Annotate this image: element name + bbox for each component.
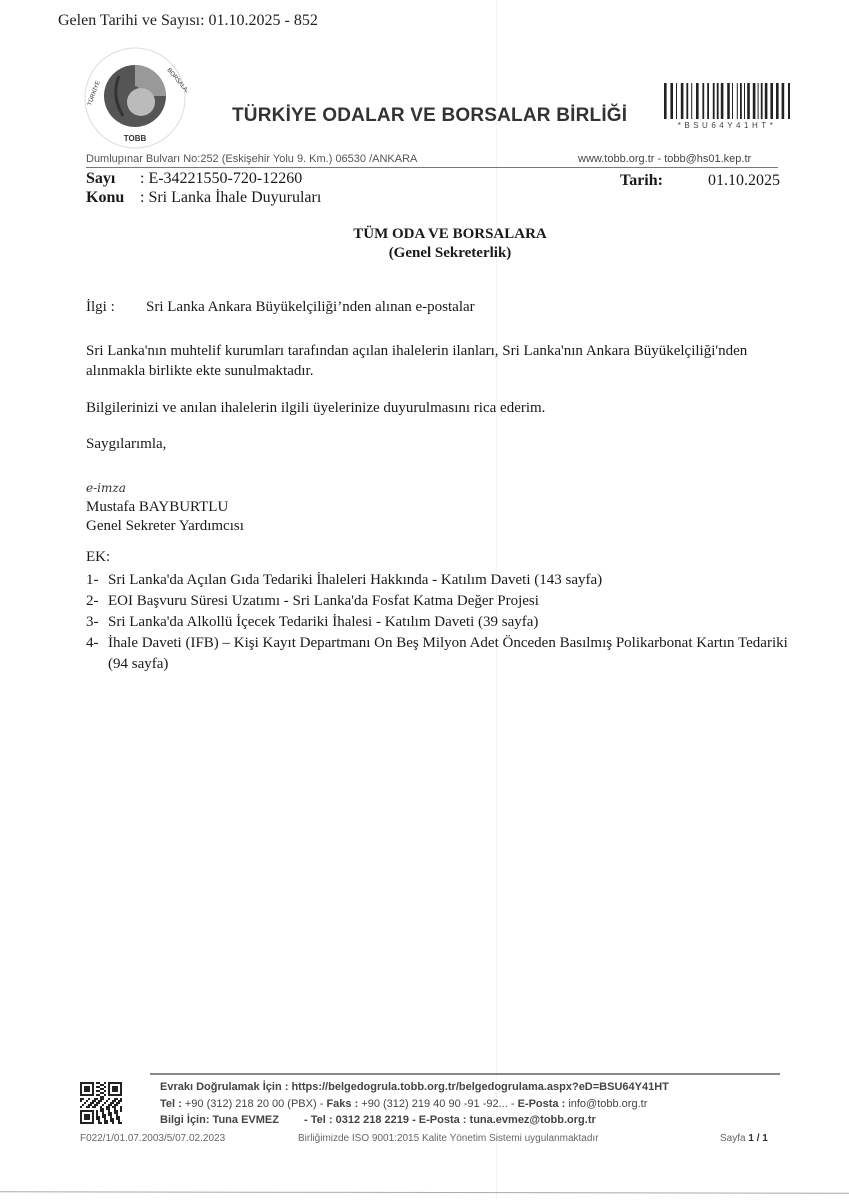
iso-note: Birliğimizde ISO 9001:2015 Kalite Yöneti… <box>298 1133 599 1144</box>
attachment-text: Sri Lanka'da Alkollü İçecek Tedariki İha… <box>108 612 806 633</box>
barcode-icon <box>664 83 790 119</box>
attachment-item: 2- EOI Başvuru Süresi Uzatımı - Sri Lank… <box>86 591 806 612</box>
konu-row: Konu : Sri Lanka İhale Duyuruları <box>86 189 321 207</box>
bilgi-eposta[interactable]: - E-Posta : tuna.evmez@tobb.org.tr <box>412 1114 596 1126</box>
attachment-text: Sri Lanka'da Açılan Gıda Tedariki İhalel… <box>108 570 806 591</box>
scan-edge-line <box>0 1191 849 1193</box>
verify-label: Evrakı Doğrulamak İçin : <box>160 1081 288 1093</box>
signer-title: Genel Sekreter Yardımcısı <box>86 517 244 536</box>
attachment-number: 4- <box>86 633 108 675</box>
tarih-value: 01.10.2025 <box>708 172 780 190</box>
info-line: Bilgi İçin: Tuna EVMEZ - Tel : 0312 218 … <box>160 1114 596 1126</box>
footer-divider <box>150 1073 780 1075</box>
page-label: Sayfa <box>720 1133 746 1144</box>
verify-line: Evrakı Doğrulamak İçin : https://belgedo… <box>160 1081 669 1093</box>
signer-name: Mustafa BAYBURTLU <box>86 498 244 517</box>
org-address: Dumlupınar Bulvarı No:252 (Eskişehir Yol… <box>86 153 417 165</box>
faks-value: +90 (312) 219 40 90 -91 -92... <box>361 1098 507 1110</box>
konu-value: : Sri Lanka İhale Duyuruları <box>140 189 321 206</box>
attachments-label: EK: <box>86 549 110 566</box>
svg-text:TÜRKİYE: TÜRKİYE <box>86 80 101 107</box>
addressee-subtitle: (Genel Sekreterlik) <box>250 245 650 262</box>
page-number: Sayfa 1 / 1 <box>720 1133 768 1144</box>
svg-text:BORSALAR: BORSALAR <box>165 67 187 96</box>
body-paragraph-1: Sri Lanka'nın muhtelif kurumları tarafın… <box>86 341 806 381</box>
bilgi-label: Bilgi İçin: Tuna EVMEZ <box>160 1114 279 1126</box>
org-title: TÜRKİYE ODALAR VE BORSALAR BİRLİĞİ <box>232 105 627 127</box>
ilgi-label: İlgi : <box>86 299 115 316</box>
greeting: Saygılarımla, <box>86 436 166 453</box>
attachments-list: 1- Sri Lanka'da Açılan Gıda Tedariki İha… <box>86 570 806 675</box>
form-code: F022/1/01.07.2003/5/07.02.2023 <box>80 1133 225 1144</box>
tobb-logo-icon: TOBB TÜRKİYE BORSALAR <box>83 46 187 150</box>
attachment-item: 4- İhale Daveti (IFB) – Kişi Kayıt Depar… <box>86 633 806 675</box>
attachment-text: İhale Daveti (IFB) – Kişi Kayıt Departma… <box>108 633 806 675</box>
body-paragraph-2: Bilgilerinizi ve anılan ihalelerin ilgil… <box>86 398 806 418</box>
bilgi-tel: - Tel : 0312 218 2219 <box>304 1114 409 1126</box>
verify-url[interactable]: https://belgedogrula.tobb.org.tr/belgedo… <box>291 1081 668 1093</box>
org-web-contact[interactable]: www.tobb.org.tr - tobb@hs01.kep.tr <box>578 153 751 165</box>
eposta-label: E-Posta : <box>518 1098 566 1110</box>
attachment-number: 1- <box>86 570 108 591</box>
svg-text:TOBB: TOBB <box>124 134 147 143</box>
tel-value: +90 (312) 218 20 00 (PBX) <box>185 1098 317 1110</box>
page-value: 1 / 1 <box>748 1133 767 1144</box>
contact-line: Tel : +90 (312) 218 20 00 (PBX) - Faks :… <box>160 1098 647 1110</box>
barcode-text: *BSU64Y41HT* <box>664 121 790 130</box>
tarih-label: Tarih: <box>620 172 663 190</box>
faks-label: Faks : <box>326 1098 358 1110</box>
attachment-number: 3- <box>86 612 108 633</box>
incoming-stamp: Gelen Tarihi ve Sayısı: 01.10.2025 - 852 <box>58 12 318 30</box>
sayi-row: Sayı : E-34221550-720-12260 <box>86 170 302 188</box>
sayi-label: Sayı <box>86 170 136 188</box>
ilgi-text: Sri Lanka Ankara Büyükelçiliği’nden alın… <box>146 299 475 316</box>
attachment-text: EOI Başvuru Süresi Uzatımı - Sri Lanka'd… <box>108 591 806 612</box>
tel-label: Tel : <box>160 1098 182 1110</box>
addressee-title: TÜM ODA VE BORSALARA <box>250 226 650 243</box>
attachment-number: 2- <box>86 591 108 612</box>
qr-code-icon <box>80 1082 122 1124</box>
header-divider <box>86 167 778 168</box>
konu-label: Konu <box>86 189 136 207</box>
attachment-item: 1- Sri Lanka'da Açılan Gıda Tedariki İha… <box>86 570 806 591</box>
signer-block: Mustafa BAYBURTLU Genel Sekreter Yardımc… <box>86 498 244 536</box>
eposta-value[interactable]: info@tobb.org.tr <box>568 1098 647 1110</box>
e-signature-mark: e-imza <box>86 481 126 495</box>
sayi-value: : E-34221550-720-12260 <box>140 170 302 187</box>
attachment-item: 3- Sri Lanka'da Alkollü İçecek Tedariki … <box>86 612 806 633</box>
